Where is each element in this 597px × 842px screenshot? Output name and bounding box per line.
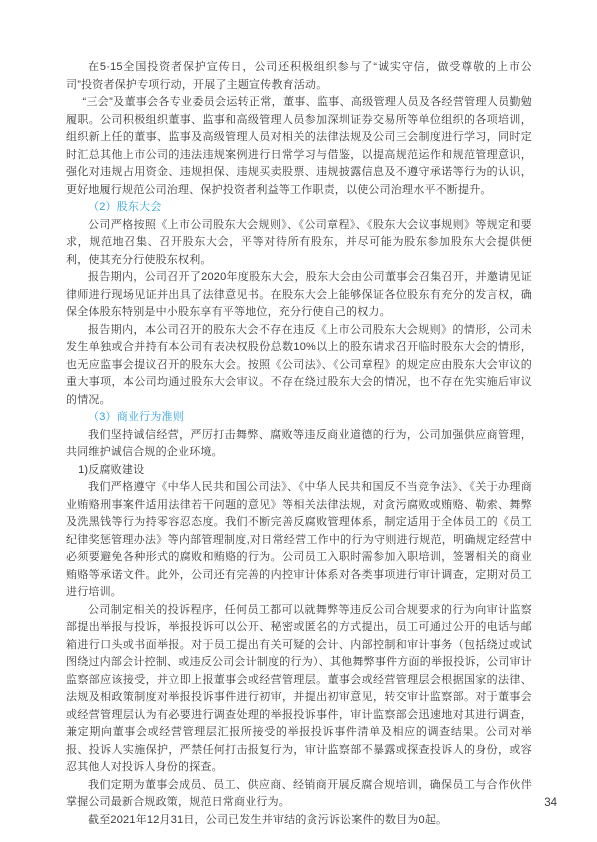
- paragraph-integrity-commitment: 我们坚持诚信经营，严厉打击舞弊、腐败等违反商业道德的行为，公司加强供应商管理，共…: [66, 427, 532, 462]
- heading-shareholders-meeting: （2）股东大会: [66, 199, 532, 217]
- paragraph-2020-agm: 报告期内，公司召开了2020年度股东大会，股东大会由公司董事会召集召开，并邀请见…: [66, 269, 532, 322]
- paragraph-three-meetings-governance: “三会”及董事会各专业委员会运转正常，董事、监事、高级管理人员及各经营管理人员勤…: [66, 94, 532, 199]
- document-page: 在5·15全国投资者保护宣传日，公司还积极组织参与了“诚实守信，做受尊敬的上市公…: [0, 0, 597, 842]
- document-content: 在5·15全国投资者保护宣传日，公司还积极组织参与了“诚实守信，做受尊敬的上市公…: [66, 59, 532, 829]
- paragraph-whistleblowing-procedure: 公司制定相关的投诉程序，任何员工都可以就舞弊等违反公司合规要求的行为向审计监察部…: [66, 602, 532, 777]
- paragraph-agm-compliance: 报告期内，本公司召开的股东大会不存在违反《上市公司股东大会规则》的情形，公司未发…: [66, 322, 532, 410]
- paragraph-investor-protection: 在5·15全国投资者保护宣传日，公司还积极组织参与了“诚实守信，做受尊敬的上市公…: [66, 59, 532, 94]
- paragraph-compliance-training: 我们定期为董事会成员、员工、供应商、经销商开展反腐合规培训，确保员工与合作伙伴掌…: [66, 777, 532, 812]
- paragraph-corruption-litigation-count: 截至2021年12月31日，公司已发生并审结的贪污诉讼案件的数目为0起。: [66, 812, 532, 830]
- paragraph-anti-corruption-system: 我们严格遵守《中华人民共和国公司法》、《中华人民共和国反不当竞争法》、《关于办理…: [66, 479, 532, 602]
- heading-business-conduct: （3）商业行为准则: [66, 409, 532, 427]
- subheading-anti-corruption: 1)反腐败建设: [66, 462, 532, 480]
- paragraph-meeting-rules: 公司严格按照《上市公司股东大会规则》、《公司章程》、《股东大会议事规则》等规定和…: [66, 217, 532, 270]
- page-number: 34: [544, 797, 557, 809]
